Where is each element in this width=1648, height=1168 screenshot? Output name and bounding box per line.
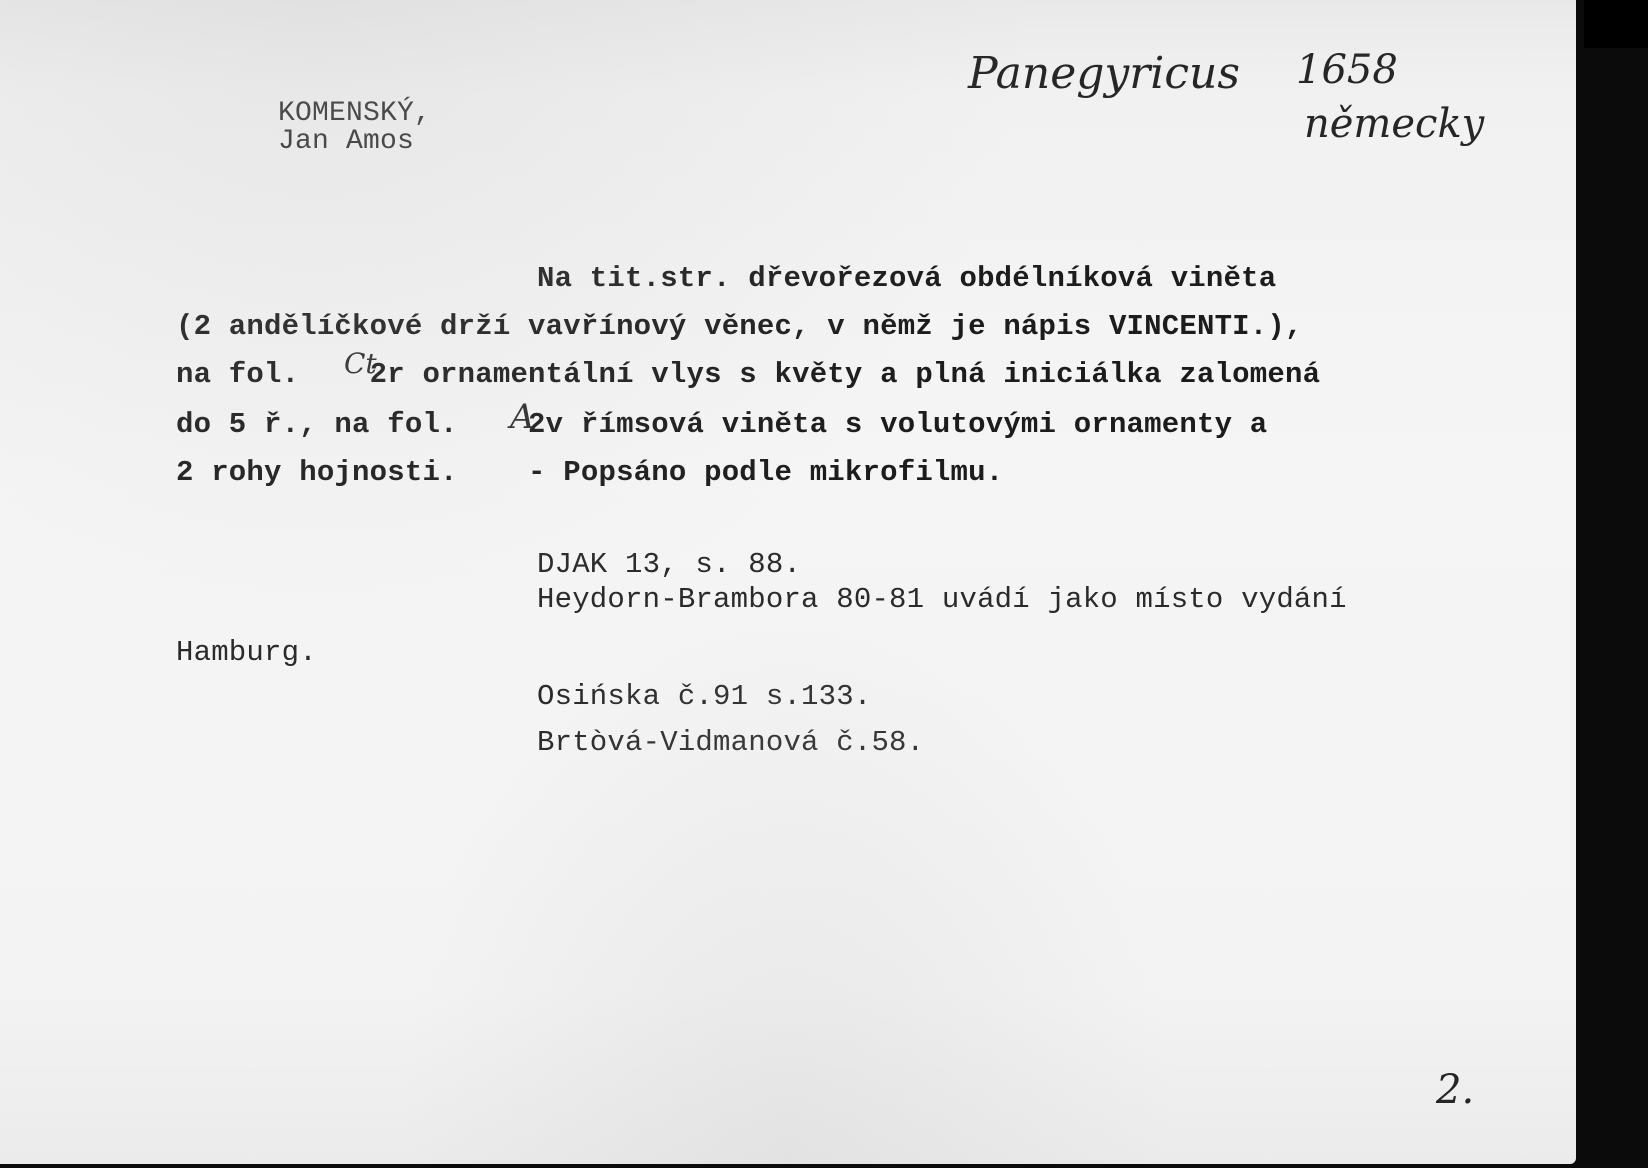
reference-brtova-vidmanova: Brtòvá-Vidmanová č.58. (537, 728, 924, 757)
description-line-4: do 5 ř., na fol. 2v římsová viněta s vol… (176, 410, 1267, 439)
author-surname: KOMENSKÝ, (278, 98, 431, 129)
scan-border-tab (1584, 0, 1648, 48)
handwritten-year: 1658 (1296, 50, 1398, 90)
scan-border-right (1576, 0, 1648, 1168)
scanned-catalog-card: KOMENSKÝ, Jan Amos Panegyricus 1658 něme… (0, 0, 1648, 1168)
scan-border-bottom (0, 1164, 1648, 1168)
handwritten-mark-ct: Ct (344, 350, 377, 378)
description-line-2: (2 andělíčkové drží vavřínový věnec, v n… (176, 312, 1303, 341)
reference-djak: DJAK 13, s. 88. (537, 550, 801, 579)
handwritten-mark-a: A (510, 400, 535, 434)
author-heading: KOMENSKÝ, Jan Amos (176, 72, 431, 184)
handwritten-title: Panegyricus (968, 52, 1240, 96)
handwritten-language-note: německy (1304, 104, 1484, 144)
description-line-5: 2 rohy hojnosti. - Popsáno podle mikrofi… (176, 458, 1003, 487)
author-given-name: Jan Amos (278, 126, 414, 157)
reference-osinska: Osińska č.91 s.133. (537, 682, 871, 711)
handwritten-card-number: 2. (1436, 1070, 1474, 1110)
catalog-card: KOMENSKÝ, Jan Amos Panegyricus 1658 něme… (0, 0, 1576, 1164)
description-line-1: Na tit.str. dřevořezová obdélníková vině… (537, 264, 1276, 293)
reference-heydorn-brambora: Heydorn-Brambora 80-81 uvádí jako místo … (537, 585, 1347, 614)
reference-continuation: Hamburg. (176, 638, 317, 667)
